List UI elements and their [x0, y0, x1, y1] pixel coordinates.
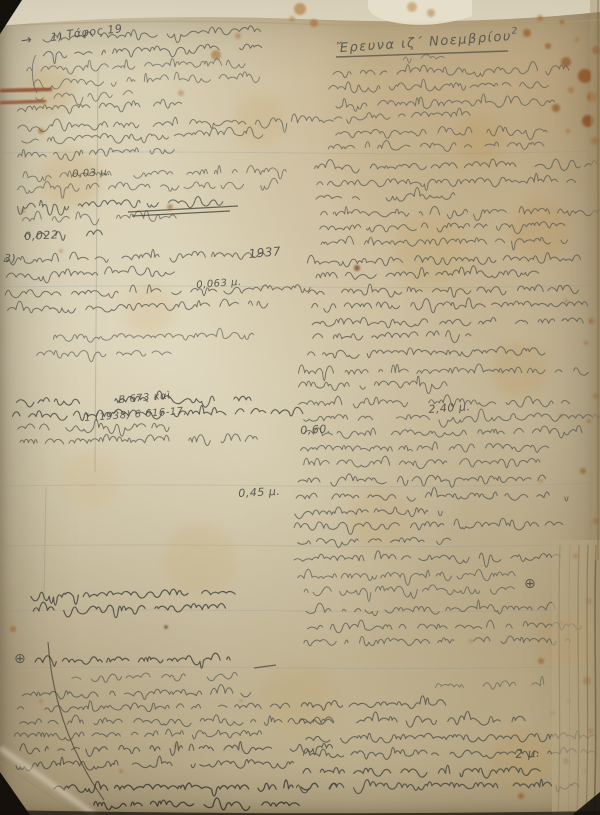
circled-plus-mark-icon: ⊕ [524, 576, 536, 592]
photograph-of-manuscript: Ἔρευνα ιζ΄ Νοεμβρίου2 1) Τάφος 19 0,03 μ… [0, 0, 600, 815]
measurement-0-60: 0,60. [300, 422, 331, 437]
item-number-1: 1) [50, 30, 64, 44]
measurement-0-03m: 0,03 μ. [72, 167, 111, 180]
circled-plus-bullet-icon: ⊕ [14, 651, 26, 667]
measurement-0-022: 0,022 [24, 228, 59, 243]
title-superscript: 2 [511, 26, 519, 36]
measurement-0-45m: 0,45 μ. [238, 485, 281, 500]
measurement-2-40m: 2,40 μ. [428, 400, 471, 416]
title-text: Ἔρευνα ιζ΄ Νοεμβρίου [336, 29, 513, 56]
year-1937: 1937 [248, 244, 282, 261]
legible-fragments-overlay: Ἔρευνα ιζ΄ Νοεμβρίου2 1) Τάφος 19 0,03 μ… [0, 0, 600, 815]
citation-1938-pages: 1 (1938) 6 616-17, [84, 406, 188, 424]
measurement-0-063m: 0,063 μ. [196, 277, 242, 291]
margin-arrow-icon: → [20, 32, 33, 48]
item-number-3: 3) [4, 252, 16, 265]
citation-B-673: Β 673 καὶ [118, 390, 171, 406]
fragment-tafos-19: Τάφος 19 [66, 22, 123, 41]
measurement-2m: 2 μ. [515, 746, 541, 761]
page-title-handwritten: Ἔρευνα ιζ΄ Νοεμβρίου2 [336, 25, 520, 57]
